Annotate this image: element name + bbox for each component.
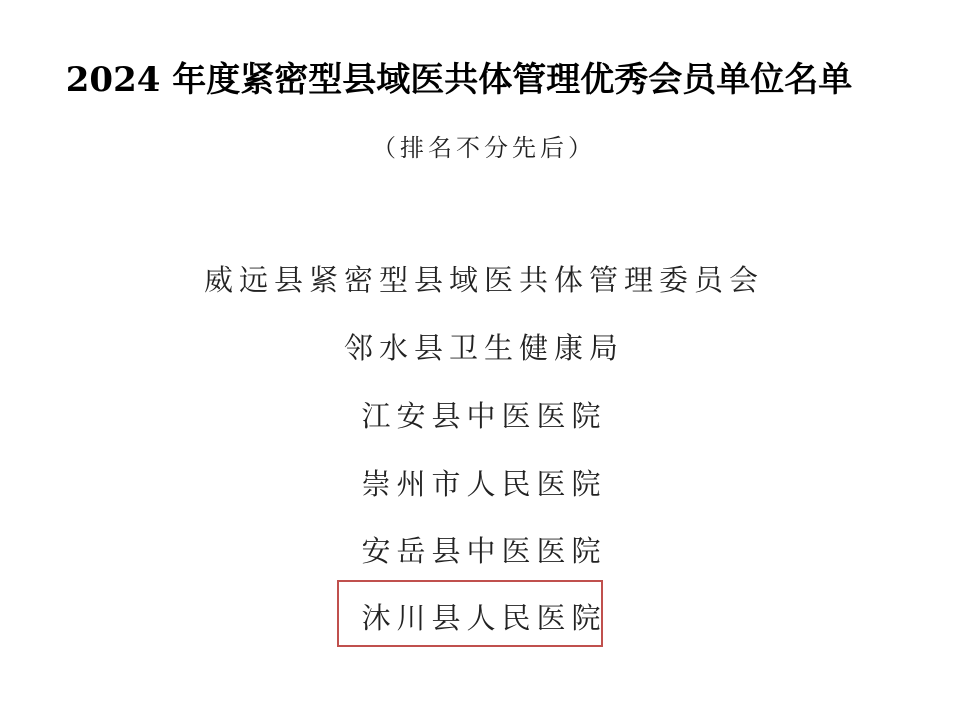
list-item: 安岳县中医医院 bbox=[0, 529, 968, 570]
list-item: 崇州市人民医院 bbox=[0, 462, 968, 503]
document-title: 2024 年度紧密型县域医共体管理优秀会员单位名单 bbox=[0, 52, 968, 101]
list-item: 威远县紧密型县域医共体管理委员会 bbox=[0, 258, 968, 299]
list-item-highlighted: 沐川县人民医院 bbox=[0, 596, 968, 637]
list-item: 邻水县卫生健康局 bbox=[0, 326, 968, 367]
document-subtitle: （排名不分先后） bbox=[0, 128, 968, 163]
list-item: 江安县中医医院 bbox=[0, 394, 968, 435]
